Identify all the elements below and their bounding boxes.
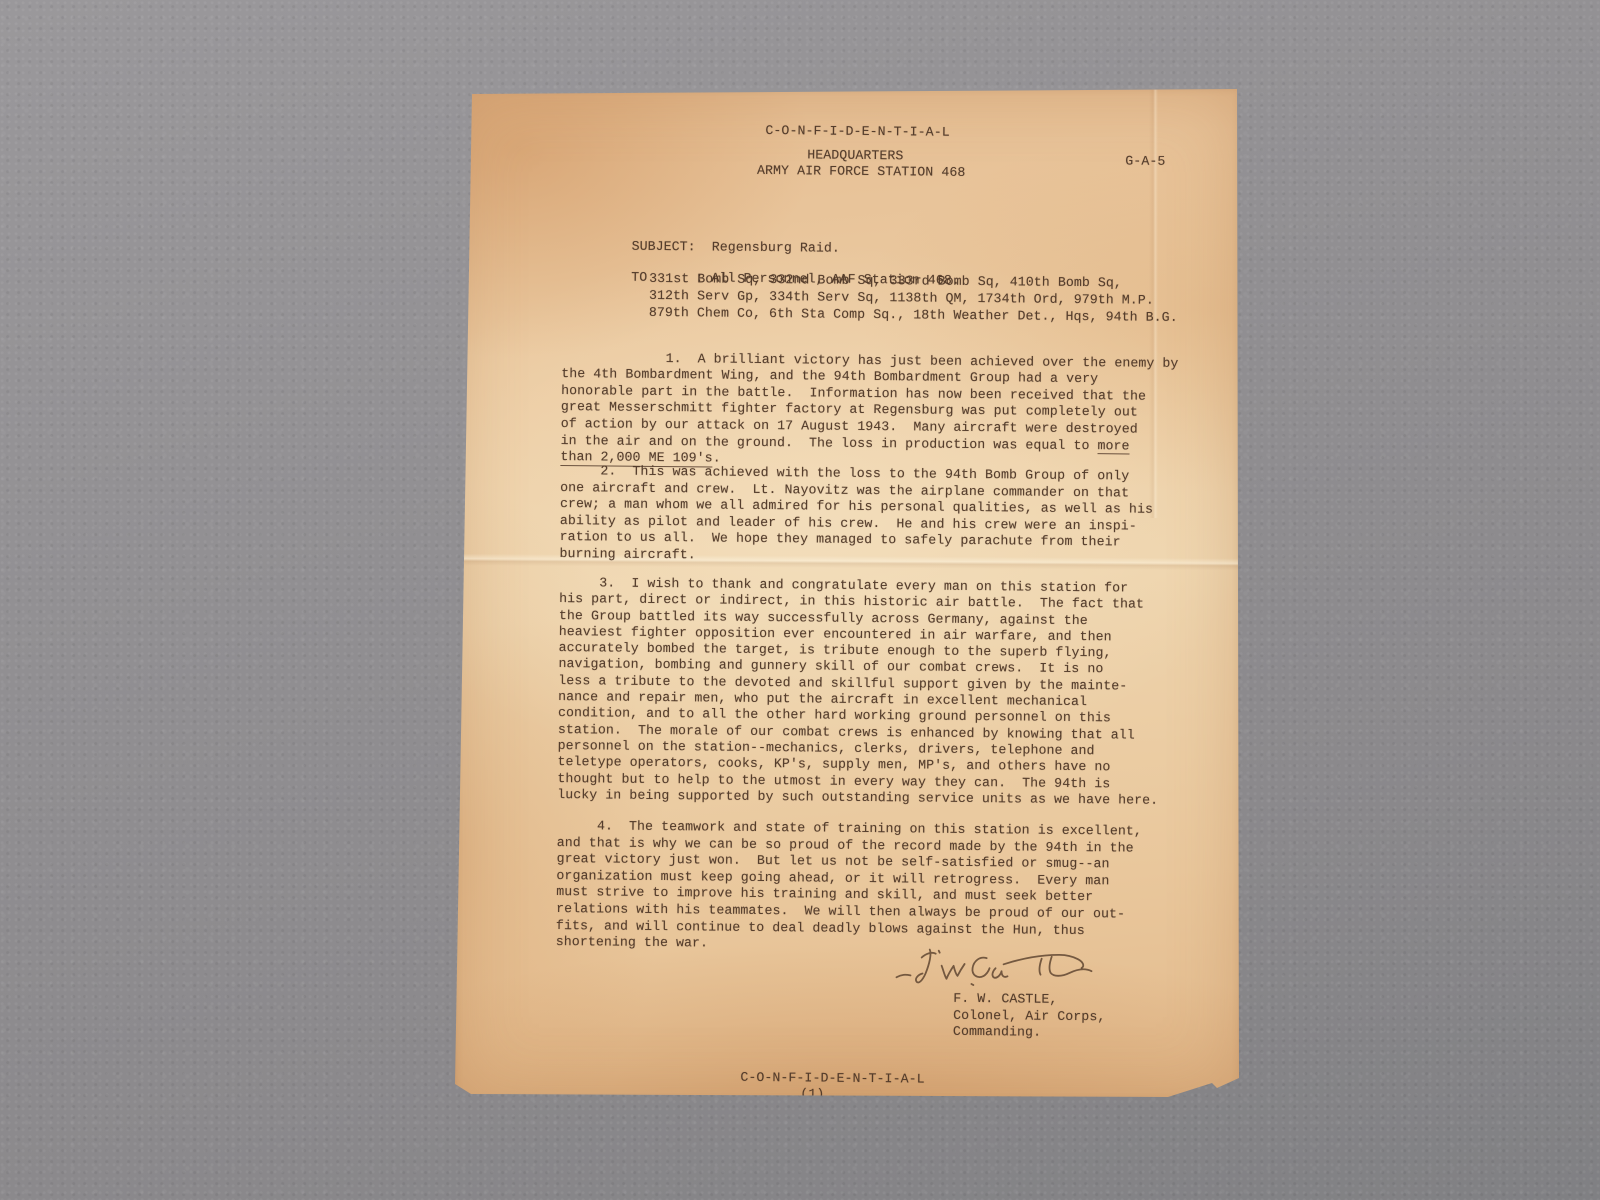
handwritten-signature (891, 937, 1102, 994)
document-paper: C-O-N-F-I-D-E-N-T-I-A-L HEADQUARTERS ARM… (455, 88, 1240, 1101)
signature-block: F. W. CASTLE, Colonel, Air Corps, Comman… (953, 991, 1106, 1042)
classification-header: C-O-N-F-I-D-E-N-T-I-A-L (765, 123, 949, 141)
paragraph-4: 4. The teamwork and state of training on… (556, 818, 1142, 956)
paragraph-1-text: 1. A brilliant victory has just been ach… (561, 350, 1179, 453)
to-label: TO (631, 269, 647, 284)
reference-code: G-A-5 (1125, 153, 1165, 170)
photo-background: C-O-N-F-I-D-E-N-T-I-A-L HEADQUARTERS ARM… (0, 0, 1600, 1200)
subject-gap (696, 239, 712, 254)
paragraph-2: 2. This was achieved with the loss to th… (559, 463, 1153, 568)
paragraph-1-period: . (713, 451, 721, 466)
page-number: (1) (800, 1086, 824, 1103)
paragraph-1-underline-more: more (1097, 438, 1129, 455)
subject-label: SUBJECT: (632, 238, 696, 254)
document-text-layer: C-O-N-F-I-D-E-N-T-I-A-L HEADQUARTERS ARM… (445, 88, 1240, 1108)
headquarters-line: HEADQUARTERS (807, 147, 903, 165)
station-line: ARMY AIR FORCE STATION 468 (757, 163, 966, 182)
classification-footer: C-O-N-F-I-D-E-N-T-I-A-L (740, 1070, 924, 1088)
paragraph-3: 3. I wish to thank and congratulate ever… (557, 575, 1160, 809)
to-distribution-list: 331st Bomb Sq, 332nd Bomb Sq, 333rd Bomb… (649, 270, 1178, 326)
